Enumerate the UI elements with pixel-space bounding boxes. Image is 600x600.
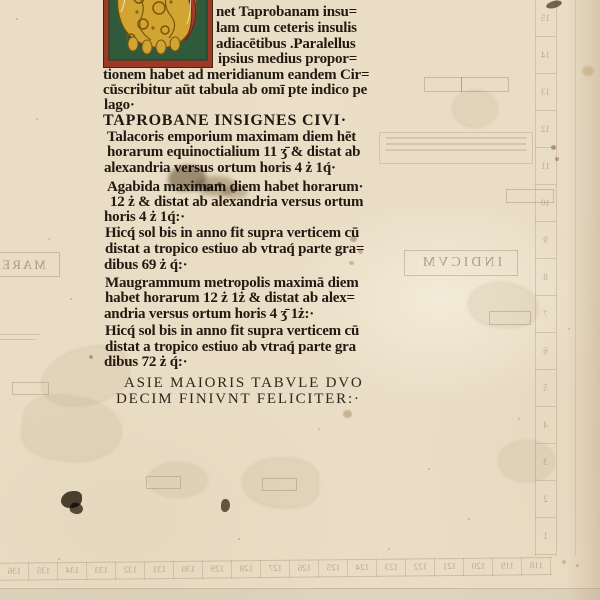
text-line: horis 4 ż 1q́:· (104, 209, 185, 225)
text-line: cūscribitur aūt tabula ab omī pte indico… (103, 82, 367, 98)
showthrough-island (498, 440, 555, 482)
text-line: Hicq́ sol bis in anno fit supra verticem… (105, 225, 359, 241)
longitude-number: 131 (145, 562, 174, 577)
longitude-number: 122 (406, 559, 435, 574)
latitude-number: 9 (535, 222, 556, 259)
latitude-number: 15 (535, 0, 556, 37)
paper-specks (0, 0, 2, 2)
showthrough-island (242, 458, 319, 508)
yellow-stain (582, 66, 594, 76)
page-bottom-edge (0, 589, 600, 600)
page-right-edge (566, 0, 600, 600)
text-line: dibus 72 ż q́:· (104, 354, 187, 370)
showthrough-label-box (424, 77, 462, 92)
showthrough-indicum-box: INDICVM (404, 250, 518, 276)
latitude-number: 6 (535, 333, 556, 370)
showthrough-bottom-scale: 1361351341331321311301291281271261251241… (0, 557, 552, 581)
latitude-number: 14 (535, 37, 556, 74)
illegible-text-line (386, 149, 526, 151)
colophon-line: DECIM FINIVNT FELICITER:· (116, 391, 361, 407)
illuminated-initial-art (103, 0, 213, 68)
longitude-number: 119 (493, 558, 522, 573)
latitude-number: 10 (535, 185, 556, 222)
latitude-number: 4 (535, 407, 556, 444)
latitude-number: 1 (535, 518, 556, 555)
illegible-text-line (386, 137, 526, 139)
illegible-text-line (386, 143, 526, 145)
longitude-number: 128 (232, 561, 261, 576)
showthrough-plus-mark (562, 560, 566, 564)
text-line: andria versus ortum horis 4 ʒ̄ 1ż:· (104, 306, 314, 322)
latitude-number: 5 (535, 370, 556, 407)
text-line: Agabida maximam diem habet horarum· (107, 179, 363, 195)
text-line: habet horarum 12 ż 1ż & distat ab alex= (105, 290, 355, 306)
showthrough-page-rule (0, 588, 600, 589)
text-line: horarum equinoctialium 11 ʒ̄ & distat ab (107, 144, 360, 160)
manuscript-page: 151413121110987654321 136135134133132131… (0, 0, 600, 600)
showthrough-island (148, 462, 208, 498)
rust-spot (349, 261, 354, 265)
section-heading: TAPROBANE INSIGNES CIVI· (103, 112, 347, 129)
text-line: distat a tropico estiuo ab vtraq́ parte … (105, 339, 356, 355)
text-line: distat a tropico estiuo ab vtraq́ parte … (105, 241, 364, 257)
latitude-number: 7 (535, 296, 556, 333)
showthrough-frame-fragment (0, 334, 40, 335)
longitude-number: 134 (58, 563, 87, 578)
text-line: net Taprobanam insu= (216, 4, 357, 20)
ink-blot (221, 499, 230, 512)
text-line: dibus 69 ż q́:· (104, 257, 187, 273)
longitude-number: 127 (261, 561, 290, 576)
showthrough-mare-label: MARE (0, 253, 59, 276)
longitude-number: 125 (319, 560, 348, 575)
text-line: ipsius medius propor= (218, 51, 357, 67)
illuminated-initial (103, 0, 213, 68)
dark-spot (545, 0, 562, 10)
text-line: alexandria versus ortum horis 4 ż 1q́· (104, 160, 336, 176)
longitude-number: 132 (116, 562, 145, 577)
showthrough-bottom-scale-numbers: 1361351341331321311301291281271261251241… (0, 558, 552, 579)
longitude-number: 121 (435, 559, 464, 574)
showthrough-frame-fragment (0, 339, 36, 340)
text-line: tionem habet ad meridianum eandem Cir= (103, 67, 369, 83)
longitude-number: 120 (464, 559, 493, 574)
showthrough-plus-mark (576, 564, 579, 567)
ink-blot (69, 501, 85, 516)
latitude-number: 8 (535, 259, 556, 296)
longitude-number: 126 (290, 560, 319, 575)
longitude-number: 123 (377, 560, 406, 575)
showthrough-label-box (506, 189, 554, 203)
tan-spot (343, 410, 352, 418)
text-line: Talacoris emporium maximam diem hēt (107, 129, 356, 145)
rust-spot (555, 157, 559, 161)
text-line: Hicq́ sol bis in anno fit supra verticem… (105, 323, 359, 339)
showthrough-mare-box: MARE (0, 252, 60, 277)
text-line: adiacētibus .Paralellus (216, 36, 356, 52)
showthrough-island (452, 90, 498, 128)
longitude-number: 129 (203, 561, 232, 576)
latitude-number: 2 (535, 481, 556, 518)
text-line: Maugrammum metropolis maximā diem (105, 275, 359, 291)
text-line: lago· (104, 97, 135, 113)
longitude-number: 133 (87, 563, 116, 578)
colophon-line: ASIE MAIORIS TABVLE DVO (124, 375, 364, 391)
text-line: 12 ż & distat ab alexandria versus ortum (110, 194, 363, 210)
latitude-number: 12 (535, 111, 556, 148)
longitude-number: 118 (522, 558, 551, 573)
latitude-number: 13 (535, 74, 556, 111)
showthrough-island (18, 389, 126, 468)
clipped-top-line: m mā cōtī (218, 0, 280, 2)
longitude-number: 135 (29, 563, 58, 578)
longitude-number: 124 (348, 560, 377, 575)
showthrough-indicum-label: INDICVM (405, 251, 517, 275)
rust-spot (551, 145, 556, 150)
text-line: lam cum ceteris insulis (216, 20, 357, 36)
longitude-number: 136 (0, 563, 29, 578)
showthrough-right-scale-line (556, 0, 557, 556)
ink-blot (61, 491, 82, 508)
latitude-number: 11 (535, 148, 556, 185)
showthrough-island (468, 282, 538, 328)
longitude-number: 130 (174, 562, 203, 577)
showthrough-map-frame-line (575, 0, 576, 556)
showthrough-text-cartouche (379, 132, 533, 164)
